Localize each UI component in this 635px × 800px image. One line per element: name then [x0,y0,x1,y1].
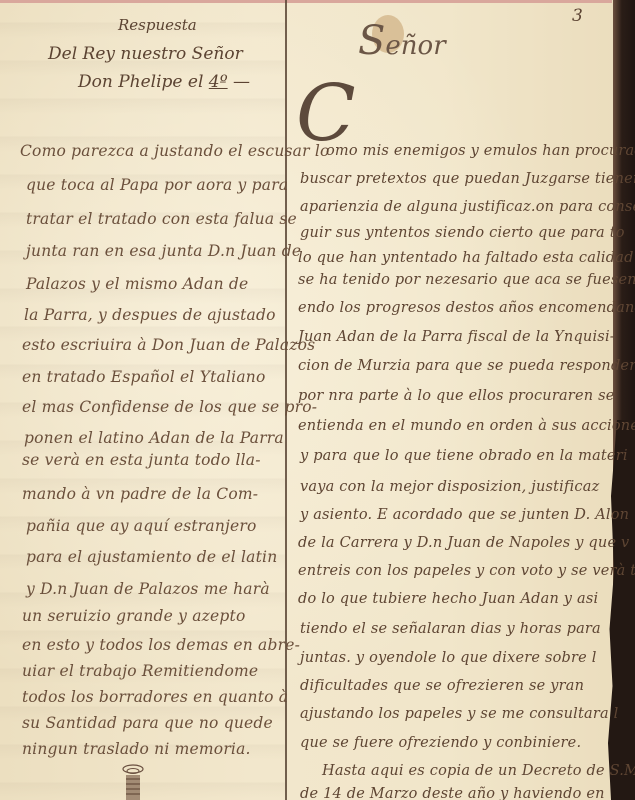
text-line: por nra parte à lo que ellos procuraren … [298,388,615,404]
folio-number: 3 [572,6,583,26]
drop-cap: C [296,75,356,153]
heading-don-phelipe: Don Phelipe el 4º — [78,72,250,92]
text-line: todos los borradores en quanto à [22,688,288,706]
text-line: junta ran en esa junta D.n Juan de [26,242,301,260]
heading-del-rey: Del Rey nuestro Señor [48,44,243,64]
text-line: la Parra, y despues de ajustado [24,306,276,324]
text-line: ajustando los papeles y se me consultara… [300,706,619,722]
regnal-number: 4º [209,72,228,92]
text-line: Como parezca a justando el escusar lo [20,142,330,160]
manuscript-page: Respuesta Del Rey nuestro Señor Don Phel… [0,0,635,800]
text-line: Palazos y el mismo Adan de [26,275,248,293]
text-line: uiar el trabajo Remitiendome [22,662,258,680]
text-line: cion de Murzia para que se pueda respond… [298,358,635,374]
text-line: y asiento. E acordado que se junten D. A… [300,507,629,523]
text-line: aparienzia de alguna justificaz.on para … [300,199,635,215]
text-line: endo los progresos destos años encomenda… [298,300,635,316]
salutation-initial: S [358,18,385,64]
text-line: juntas. y oyendole lo que dixere sobre l [300,650,597,666]
text-line: y para que lo que tiene obrado en la mat… [300,448,628,464]
text-line: un seruizio grande y azepto [22,607,245,625]
text-line: do lo que tubiere hecho Juan Adan y asi [298,591,598,607]
text-line: su Santidad para que no quede [22,714,273,732]
text-line: de la Carrera y D.n Juan de Napoles y qu… [298,535,629,551]
text-line: se ha tenido por nezesario que aca se fu… [298,272,635,288]
page-top-edge [0,0,612,3]
text-line: en esto y todos los demas en abre- [22,636,300,654]
text-line: que toca al Papa por aora y para [26,176,288,194]
text-line: dificultades que se ofrezieren se yran [300,678,584,694]
text-line: mando à vn padre de la Com- [22,485,258,503]
salutation-rest: eñor [385,31,445,61]
heading-name: Don Phelipe el [78,72,209,92]
text-line: tratar el tratado con esta falua se [26,210,297,228]
text-line: omo mis enemigos y emulos han procurado [326,143,635,159]
text-line: buscar pretextos que puedan Juzgarse tie… [300,171,635,187]
text-line: el mas Confidense de los que se pro- [22,398,317,416]
end-flourish-icon [115,763,151,800]
text-line: Juan Adan de la Parra fiscal de la Ynqui… [298,329,615,345]
text-line: guir sus yntentos siendo cierto que para… [300,225,625,241]
text-line: vaya con la mejor disposizion, justifica… [300,479,599,495]
salutation-senor: Señor [358,18,446,64]
text-line: esto escriuira à Don Juan de Palazos [22,336,315,354]
text-line: se verà en esta junta todo lla- [22,451,261,469]
text-line: lo que han yntentado ha faltado esta cal… [298,250,634,266]
text-line: ningun traslado ni memoria. [22,740,251,758]
text-line: de 14 de Marzo deste año y haviendo en [300,786,605,800]
text-line: pañia que ay aquí estranjero [26,517,257,535]
text-line: para el ajustamiento de el latin [26,548,277,566]
text-line: que se fuere ofreziendo y conbiniere. [300,735,581,751]
text-line: tiendo el se señalaran dias y horas para [300,621,601,637]
text-line: Hasta aqui es copia de un Decreto de S.M… [322,763,635,779]
torn-page-edge [605,420,635,800]
text-line: y D.n Juan de Palazos me harà [26,580,270,598]
heading-respuesta: Respuesta [118,16,197,34]
text-line: entienda en el mundo en orden à sus acci… [298,418,635,434]
text-line: entreis con los papeles y con voto y se … [298,563,635,579]
text-line: en tratado Español el Ytaliano [22,368,265,386]
heading-dash: — [228,72,250,92]
text-line: ponen el latino Adan de la Parra [24,429,284,447]
